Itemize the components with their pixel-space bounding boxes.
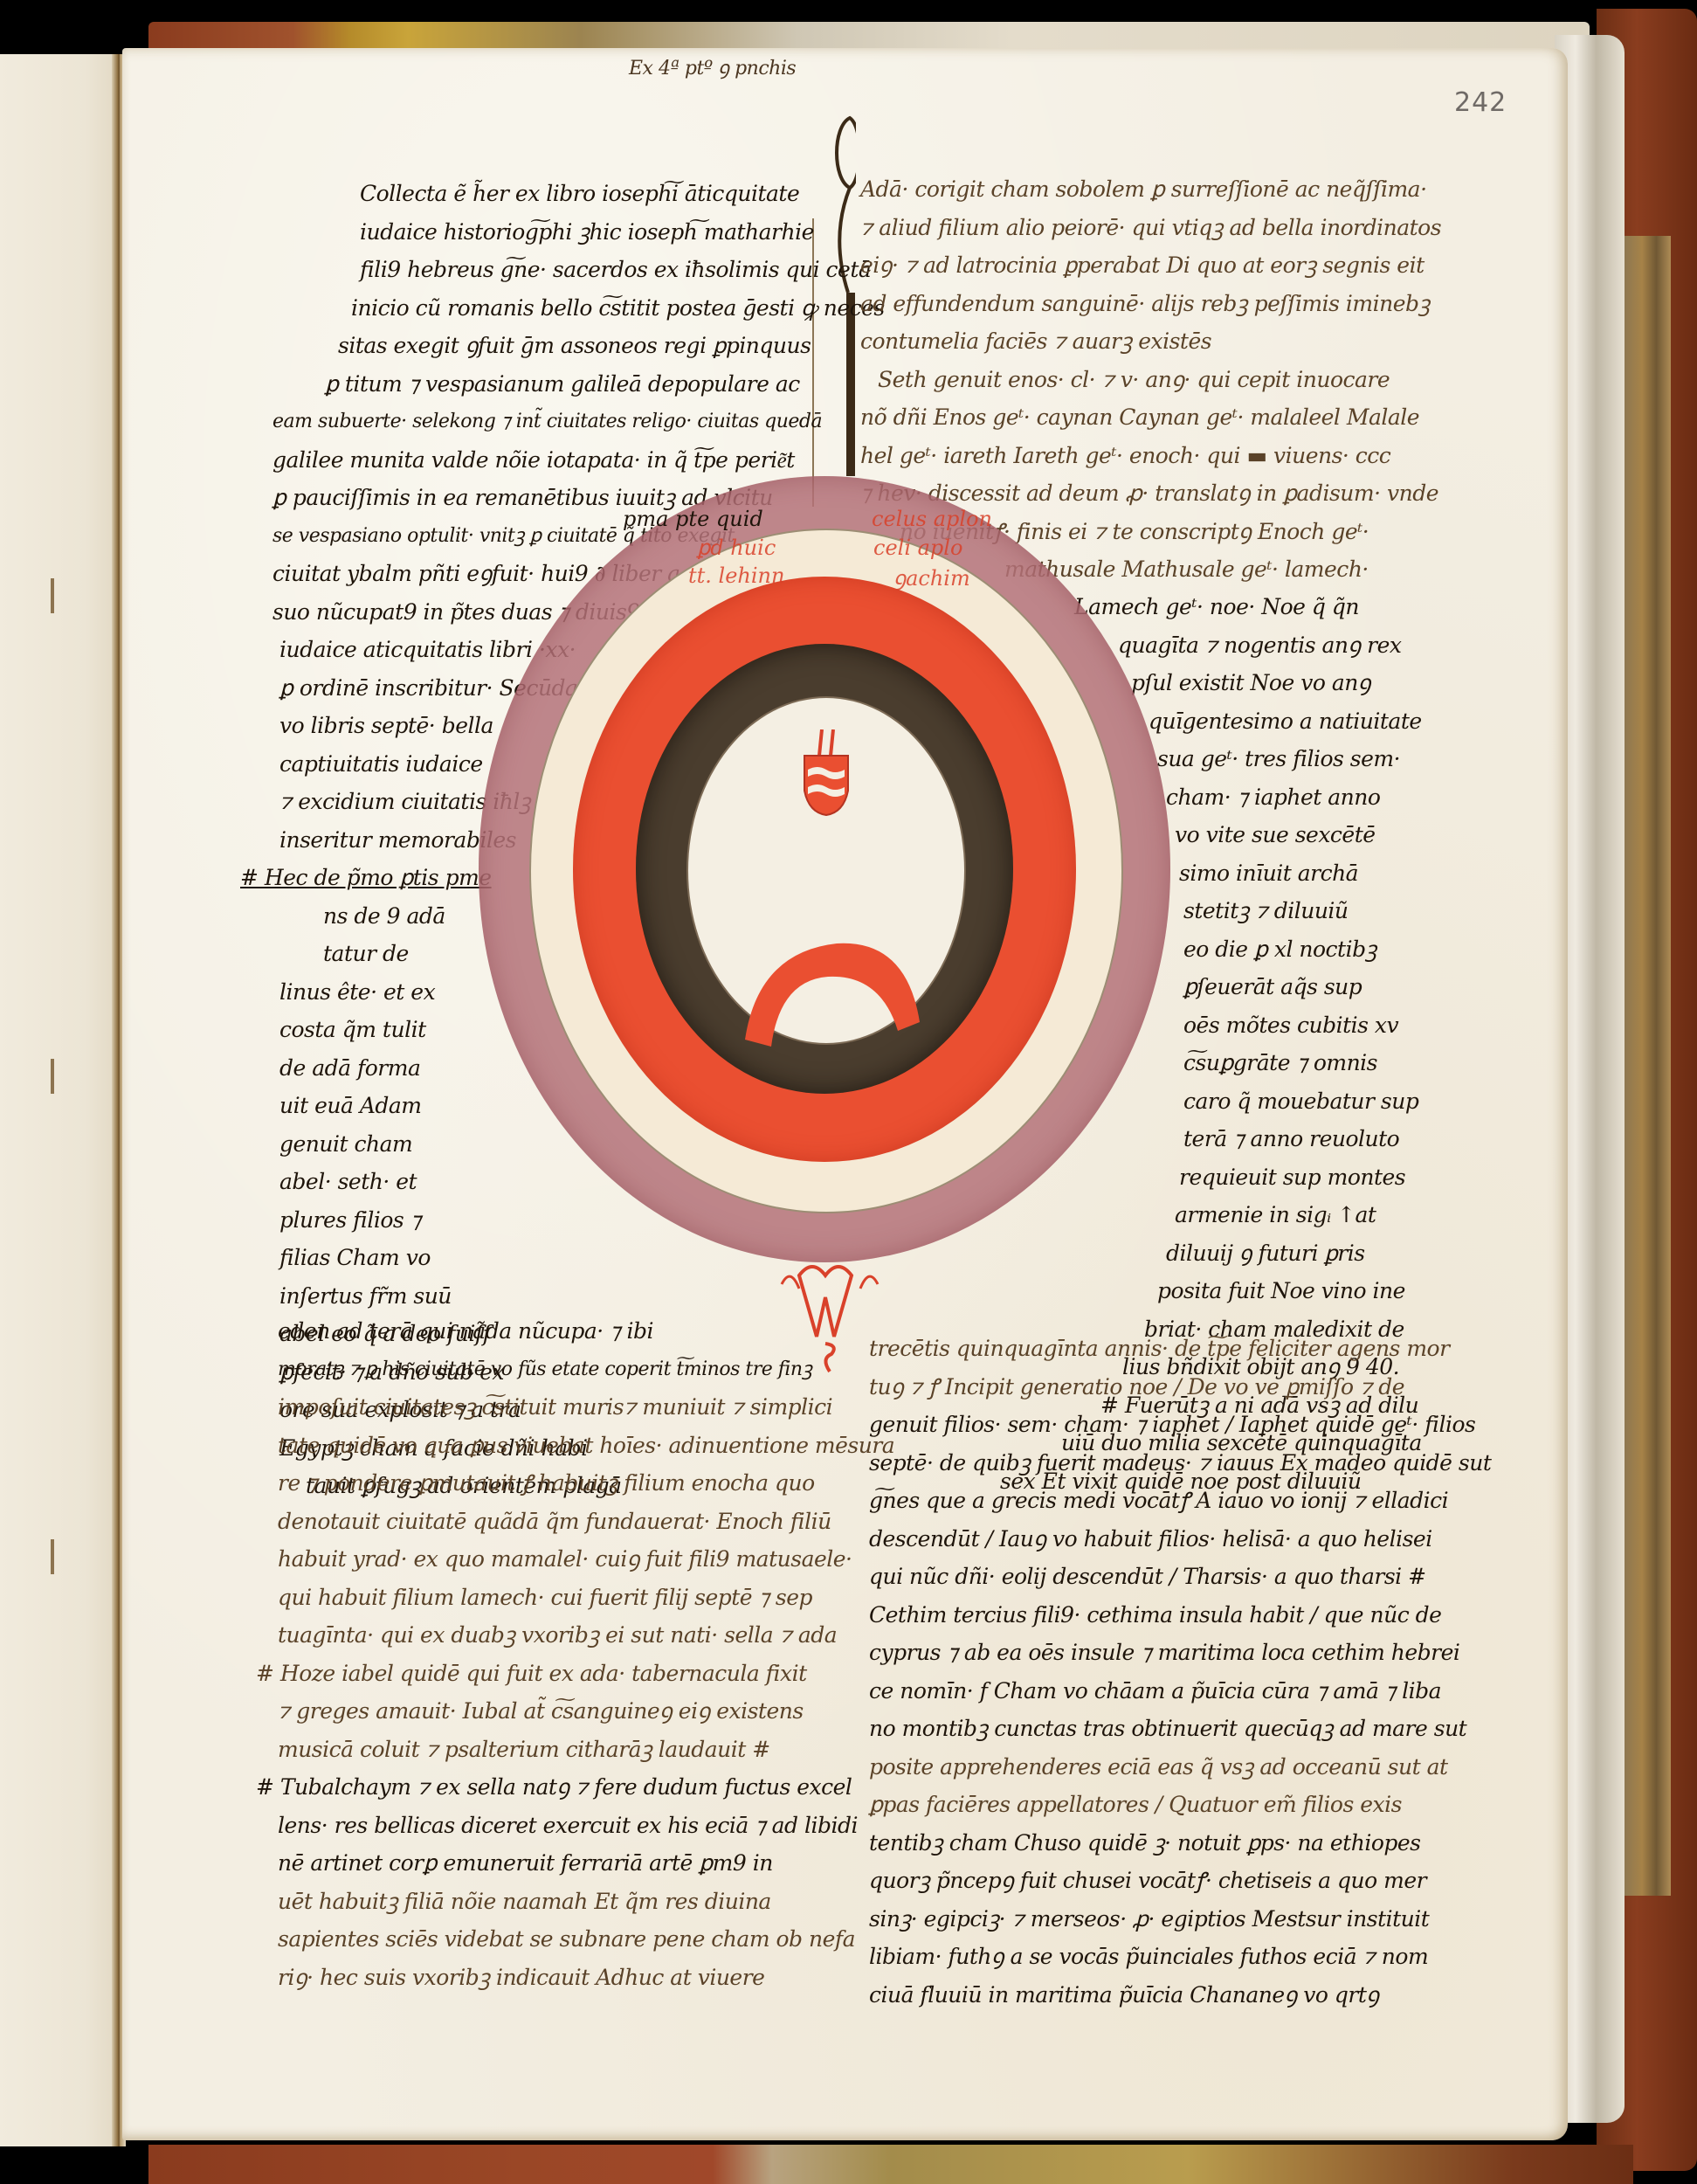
text-line: sinꝫ· egipciꝫ· ⁊ merseos· ꝓ· egiptios Me… xyxy=(869,1900,1498,1939)
text-line: Cethim tercius fili9· cethima insula hab… xyxy=(869,1596,1498,1635)
diagram-rubric: ꝯachim xyxy=(893,563,970,592)
text-line: vo vite sue sexcētē xyxy=(1175,816,1493,854)
folio-number: 242 xyxy=(1454,87,1507,118)
text-line: quorꝫ p̃ncepꝯ fuit chusei vocātꝭ· chetis… xyxy=(869,1862,1498,1900)
text-line: g͠nes que a grecis medi vocātꝭ A iauo vo… xyxy=(869,1482,1498,1520)
text-line: impoſuit ciuitatesꝫ c͠stituit muris⁊ mun… xyxy=(278,1388,872,1427)
text-line: galilee munita valde nõie iotapata· in q… xyxy=(272,441,814,480)
text-line: armenie in sigᵢ ↑at xyxy=(1175,1196,1493,1234)
text-line: Adā· corigit cham sobolem ꝑ surreſſionē … xyxy=(860,170,1489,209)
red-crescent-arc-icon xyxy=(741,935,924,1048)
text-line: libiam· futhꝯ a se vocās p̃uinciales fut… xyxy=(869,1938,1498,1976)
text-line: posite apprehenderes eciā eas q̃ vsꝫ ad … xyxy=(869,1748,1498,1787)
cosmological-diagram: pma pte quid ꝑd huic tt. lehinn celus ap… xyxy=(479,476,1170,1262)
text-line: no montibꝫ cunctas tras obtinuerit quecū… xyxy=(869,1710,1498,1748)
right-column-bottom: trecētis quinquagīnta annis· de t͠pe fel… xyxy=(869,1330,1498,2014)
text-line: oēs mõtes cubitis xv xyxy=(1183,1006,1493,1045)
diagram-rubric: pma pte quid xyxy=(623,507,763,531)
text-line: terā ⁊ anno reuoluto xyxy=(1183,1120,1493,1158)
text-line: hel geᵗ· iareth Iareth geᵗ· enoch· qui ▬… xyxy=(860,437,1489,475)
diagram-rubric: celus aplon xyxy=(872,507,992,531)
text-line: ciuā fluuiū in maritima p̃uīcia Chananeꝯ… xyxy=(869,1976,1498,2015)
text-line: habuit yrad· ex quo mamalel· cuiꝯ fuit f… xyxy=(278,1540,872,1579)
text-line: Collecta ẽ h̃er ex libro ioseph͠i āticqu… xyxy=(360,175,814,213)
text-line: nē artinet corꝑ emuneruit ferrariā artē … xyxy=(278,1844,872,1883)
text-line: Seth genuit enos· cl· ⁊ v· anꝯ· qui cepi… xyxy=(878,361,1489,399)
heraldic-shield-icon xyxy=(800,729,852,817)
text-line: inſertus fr̃m suū xyxy=(279,1277,528,1316)
text-line: c͠suꝑgrāte ⁊ omnis xyxy=(1183,1044,1493,1082)
text-line: posita fuit Noe vino ine xyxy=(1157,1272,1493,1310)
text-line: ad effundendum sanguinē· alijs rebꝫ peſſ… xyxy=(860,285,1489,323)
binding-board-edge xyxy=(1623,236,1671,1896)
text-line: stetitꝫ ⁊ diluuiũ xyxy=(1183,892,1493,930)
diagram-rubric: ꝑd huic xyxy=(697,536,776,560)
text-line: musicā coluit ⁊ psalterium citharāꝫ laud… xyxy=(278,1731,872,1769)
diagram-rubric: tt. lehinn xyxy=(688,563,784,588)
text-line: genuit filios· sem· cham· ⁊ iaphet / Iap… xyxy=(869,1406,1498,1444)
text-line: septē· de quibꝫ fuerit madeus· ⁊ iauus E… xyxy=(869,1444,1498,1482)
text-line: qui nũc dñi· eolij descendūt / Tharsis· … xyxy=(869,1558,1498,1596)
text-line: simo inīuit archā xyxy=(1179,854,1493,893)
text-line: ⁊ aliud filium alio peiorē· qui vtiqꝫ ad… xyxy=(860,209,1489,247)
text-line: ꝑſeuerāt aq̃s sup xyxy=(1183,968,1493,1006)
text-line: diluuij ꝯ futuri ꝑris xyxy=(1166,1234,1493,1273)
text-line: caro q̃ mouebatur sup xyxy=(1183,1082,1493,1121)
text-line: eam subuerte· selekong ⁊ int̃ ciuitates … xyxy=(272,403,814,441)
text-line: sua geᵗ· tres filios sem· xyxy=(1157,740,1493,778)
text-line: pſul existit Noe vo anꝯ xyxy=(1131,664,1493,702)
text-line: tuagīnta· qui ex duabꝫ vxoribꝫ ei sut na… xyxy=(278,1616,872,1655)
text-line: iudaice historiog͠phi ꝫhic ioseph͠ matha… xyxy=(360,213,814,252)
binding-thread xyxy=(51,578,54,613)
text-line: riꝯ· hec suis vxoribꝫ indicauit Adhuc at… xyxy=(278,1959,872,1997)
text-line: sitas exegit ꝯfuit ḡm assoneos regi ꝑpin… xyxy=(338,327,814,365)
text-line: ce nomīn· f Cham vo chāam a p̃uīcia cūra… xyxy=(869,1672,1498,1711)
diagram-rubric: celi aplo xyxy=(873,536,962,560)
text-line: ⁊ greges amauit· Iubal at̃ c͠sanguineꝯ e… xyxy=(278,1692,872,1731)
text-line: cyprus ⁊ ab ea oēs insule ⁊ maritima loc… xyxy=(869,1634,1498,1672)
text-line: denotauit ciuitatē quãdā q̃m fundauerat·… xyxy=(278,1503,872,1541)
red-w-flourish-icon xyxy=(777,1249,882,1380)
text-line: descendūt / Iauꝯ vo habuit filios· helis… xyxy=(869,1520,1498,1559)
text-line: uēt habuitꝫ filiā nõie naamah Et q̃m res… xyxy=(278,1883,872,1921)
text-line: # Tubalchaym ⁊ ex sella natꝯ ⁊ fere dudu… xyxy=(256,1768,872,1807)
text-line: # Hoze iabel quidē qui fuit ex ada· tabe… xyxy=(256,1655,872,1693)
flyleaf-left-page xyxy=(0,54,122,2146)
text-line: eiꝯ· ⁊ ad latrocinia ꝑperabat Di quo at … xyxy=(860,246,1489,285)
text-line: quagīta ⁊ nogentis anꝯ rex xyxy=(1118,626,1493,665)
text-line: inicio cũ romanis bello c͠stitit postea … xyxy=(351,289,814,328)
text-line: lens· res bellicas diceret exercuit ex h… xyxy=(278,1807,872,1845)
text-line: eo die ꝑ xl noctibꝫ xyxy=(1183,930,1493,969)
text-line: tate quidē vo qua ꝑus viuebat hoīes· adi… xyxy=(278,1427,872,1465)
text-line: fili9 hebreus g͠ne· sacerdos ex iħsolimi… xyxy=(360,251,814,289)
text-line: tuꝯ ⁊ ꝭ Incipit generatio noe / De vo ve… xyxy=(869,1368,1498,1406)
left-column-bottom: eden ad terā qui nãda nũcupa· ⁊ ibi mora… xyxy=(278,1312,872,1996)
text-line: qui habuit filium lamech· cui fuerit fil… xyxy=(278,1579,872,1617)
text-line: tentibꝫ cham Chuso quidē ꝫ· notuit ꝑps· … xyxy=(869,1824,1498,1863)
text-line: re ⁊ pondere ꝑmutauit ꝭ habuitꝫ filium e… xyxy=(278,1464,872,1503)
text-line: ꝑ titum ⁊ vespasianum galileā depopulare… xyxy=(325,365,814,404)
running-head: Ex 4ª ptº ꝯ pnchis xyxy=(629,54,796,80)
text-line: quīgentesimo a natiuitate xyxy=(1149,702,1493,741)
binding-thread xyxy=(51,1539,54,1574)
binding-thread xyxy=(51,1059,54,1094)
text-line: ꝑpas faciēres appellatores / Quatuor em̃… xyxy=(869,1786,1498,1824)
text-line: requieuit sup montes xyxy=(1179,1158,1493,1197)
leather-binding-bottom xyxy=(148,2145,1633,2184)
text-line: nõ dñi Enos geᵗ· caynan Caynan geᵗ· mala… xyxy=(860,398,1489,437)
text-line: contumelia faciēs ⁊ auarꝫ existēs xyxy=(860,322,1489,361)
text-line: cham· ⁊ iaphet anno xyxy=(1166,778,1493,817)
text-line: sapientes sciēs videbat se subnare pene … xyxy=(278,1920,872,1959)
text-line: trecētis quinquagīnta annis· de t͠pe fel… xyxy=(869,1330,1498,1368)
